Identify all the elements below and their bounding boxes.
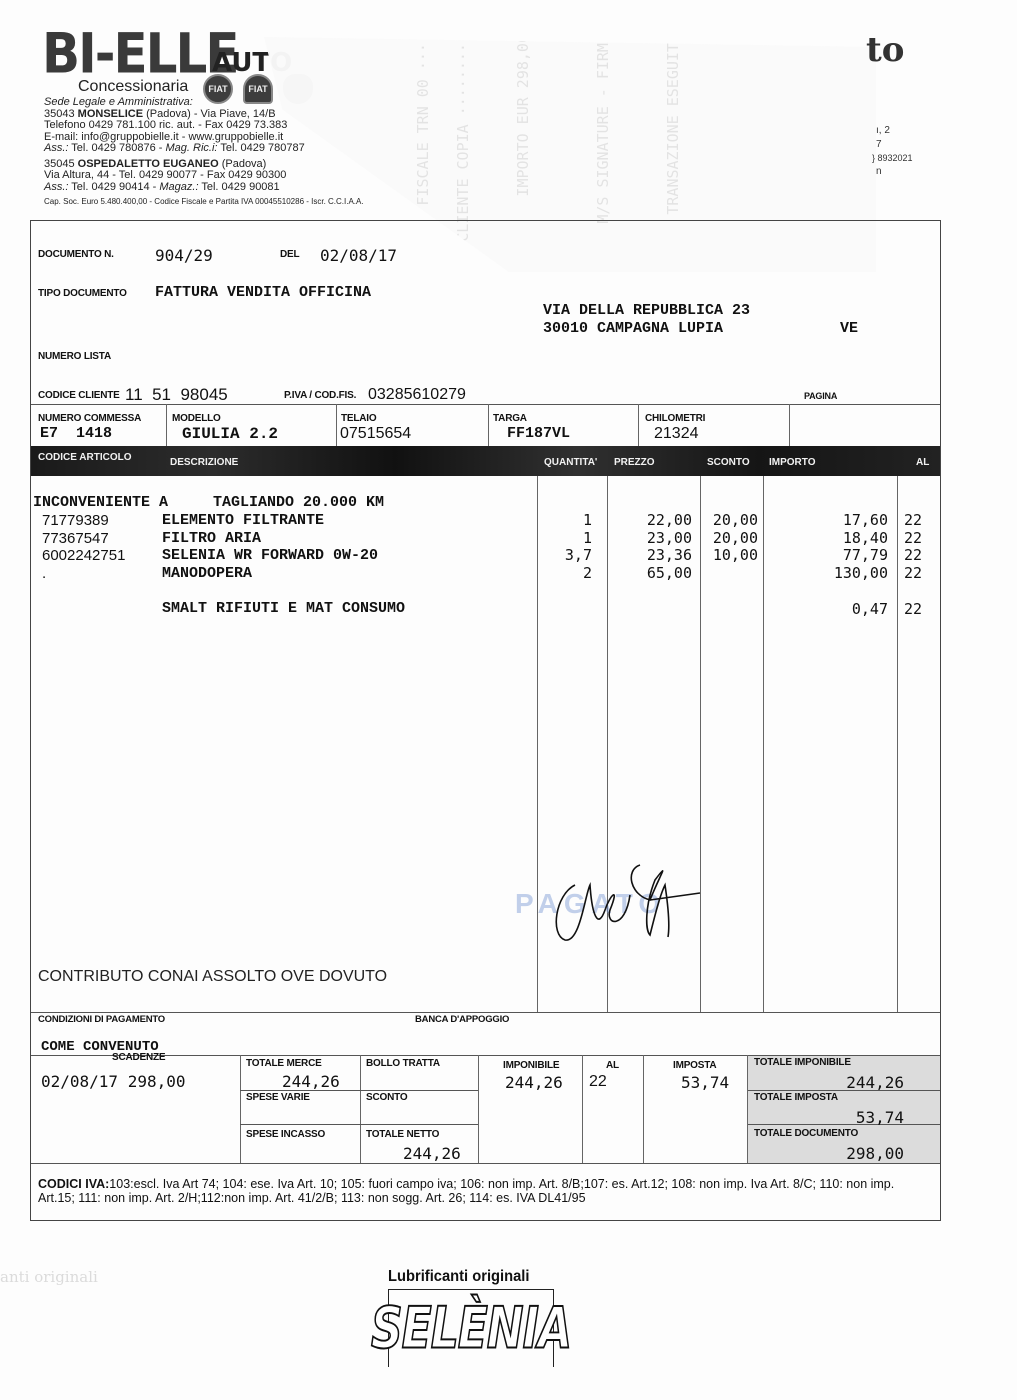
col-sconto: SCONTO [707,457,750,468]
divider [166,404,167,446]
item-descrizione: FILTRO ARIA [162,530,261,548]
modello-value: GIULIA 2.2 [182,425,278,443]
document-type-label: TIPO DOCUMENTO [38,288,127,299]
imposta: 53,74 [681,1073,729,1092]
document-number: 904/29 [155,246,213,265]
al-label: AL [606,1060,619,1071]
customer-code-label: CODICE CLIENTE [38,390,120,401]
due-dates-label: SCADENZE [112,1052,165,1063]
bollo-label: BOLLO TRATTA [366,1058,440,1069]
document-type: FATTURA VENDITA OFFICINA [155,284,371,301]
selenia-logo: SELÈNIA [388,1289,554,1367]
divider [31,1012,940,1013]
totale-imponibile-label: TOTALE IMPONIBILE [754,1057,851,1068]
divider [240,1124,478,1125]
divider [360,1055,361,1163]
km-value: 21324 [654,425,699,443]
divider [488,404,489,446]
ghost-footer-text: anti originali [0,1268,98,1286]
divider [336,404,337,446]
company-address: Sede Legale e Amministrativa: 35043 MONS… [44,97,305,193]
totale-imponibile: 244,26 [760,1073,904,1092]
item-al: 22 [904,512,922,530]
divider [478,1055,479,1163]
province: (Padova) [222,158,267,170]
page-label: PAGINA [804,391,837,401]
extra-row-description: SMALT RIFIUTI E MAT CONSUMO [162,600,405,617]
vat-codes-text: 103:escl. Iva Art 74; 104: ese. Iva Art.… [38,1177,894,1205]
item-quantita: 3,7 [540,547,592,565]
vat-number: 03285610279 [368,386,466,404]
extra-row-importo: 0,47 [765,600,888,618]
document-date-label: DEL [280,249,299,260]
item-prezzo: 23,00 [610,530,692,548]
totale-imposta: 53,74 [760,1108,904,1127]
item-quantita: 1 [540,512,592,530]
item-importo: 77,79 [765,547,888,565]
item-importo: 17,60 [765,512,888,530]
divider [537,476,538,1012]
cap: 35043 [44,108,75,120]
city: OSPEDALETTO EUGANEO [78,158,219,170]
vat-codes-note: CODICI IVA:103:escl. Iva Art 74; 104: es… [38,1177,933,1205]
totale-merce-label: TOTALE MERCE [246,1058,322,1069]
divider [789,404,790,446]
address-line-2: Telefono 0429 781.100 ric. aut. - Fax 04… [44,120,305,132]
city: MONSELICE [78,108,143,120]
ass-tel: Tel. 0429 780876 - [68,142,165,154]
totale-documento: 298,00 [760,1144,904,1163]
cap: 35045 [44,158,75,170]
commessa-label: NUMERO COMMESSA [38,413,141,424]
spese-incasso-label: SPESE INCASSO [246,1129,325,1140]
document-date: 02/08/17 [320,246,397,265]
targa-label: TARGA [493,413,527,424]
vat-number-label: P.IVA / COD.FIS. [284,390,356,401]
divider [240,1055,241,1163]
bank-label: BANCA D'APPOGGIO [415,1014,509,1025]
col-al: AL [916,457,929,468]
totale-documento-label: TOTALE DOCUMENTO [754,1128,858,1139]
numero-lista-label: NUMERO LISTA [38,351,111,362]
signature [550,855,740,945]
divider [31,404,940,405]
divider [638,404,639,446]
spese-varie-label: SPESE VARIE [246,1092,310,1103]
customer-province: VE [840,320,858,337]
item-prezzo: 23,36 [610,547,692,565]
totale-netto: 244,26 [403,1144,461,1163]
address-line-4: Ass.: Tel. 0429 780876 - Mag. Ric.i: Tel… [44,143,305,155]
magaz-tel: Tel. 0429 90081 [199,181,280,193]
col-codice: CODICE ARTICOLO [38,452,132,463]
item-descrizione: MANODOPERA [162,565,252,583]
col-prezzo: PREZZO [614,457,655,468]
divider [643,1055,644,1163]
lubrificanti-caption: Lubrificanti originali [388,1268,529,1286]
item-codice: 77367547 [42,530,109,548]
address-line-7: Ass.: Tel. 0429 90414 - Magaz.: Tel. 042… [44,182,305,194]
selenia-wordmark: SELÈNIA [371,1295,571,1361]
item-descrizione: ELEMENTO FILTRANTE [162,512,324,530]
conai-note: CONTRIBUTO CONAI ASSOLTO OVE DOVUTO [38,968,387,986]
totale-netto-label: TOTALE NETTO [366,1129,439,1140]
item-quantita: 1 [540,530,592,548]
divider [31,1163,940,1164]
ass-label: Ass.: [44,181,68,193]
fragment-line: ı, 2 [876,125,890,136]
fragment-line: n [876,166,882,177]
customer-address-line-1: VIA DELLA REPUBBLICA 23 [543,302,750,319]
al-value: 22 [589,1073,607,1091]
customer-code: 11 51 98045 [125,385,228,405]
sconto-label: SCONTO [366,1092,407,1103]
customer-address-line-2: 30010 CAMPAGNA LUPIA [543,320,723,337]
divider [582,1055,583,1163]
item-sconto: 20,00 [703,530,758,548]
item-importo: 130,00 [765,565,888,583]
overlapped-brand-fragment: to [866,30,904,70]
magaz-label: Magaz.: [159,181,198,193]
totale-merce: 244,26 [282,1072,340,1091]
telaio-label: TELAIO [341,413,376,424]
due-dates: 02/08/17 298,00 [41,1072,186,1091]
item-codice: . [42,565,46,583]
item-prezzo: 65,00 [610,565,692,583]
item-al: 22 [904,530,922,548]
divider [763,476,764,1012]
ass-label: Ass.: [44,142,68,154]
imponibile: 244,26 [505,1073,563,1092]
extra-row-al: 22 [904,600,922,618]
item-al: 22 [904,547,922,565]
document-number-label: DOCUMENTO N. [38,249,114,260]
divider [897,476,898,1012]
fragment-line: 7 [876,139,882,150]
totale-imposta-label: TOTALE IMPOSTA [754,1092,838,1103]
targa-value: FF187VL [507,425,570,442]
col-quantita: QUANTITA' [544,457,597,468]
imposta-label: IMPOSTA [673,1060,716,1071]
km-label: CHILOMETRI [645,413,705,424]
item-al: 22 [904,565,922,583]
telaio-value: 07515654 [340,425,411,443]
item-prezzo: 22,00 [610,512,692,530]
item-sconto: 10,00 [703,547,758,565]
item-descrizione: SELENIA WR FORWARD 0W-20 [162,547,378,565]
col-descrizione: DESCRIZIONE [170,457,238,468]
items-intro: INCONVENIENTE A TAGLIANDO 20.000 KM [33,494,384,511]
items-table-header: CODICE ARTICOLO DESCRIZIONE QUANTITA' PR… [31,446,940,476]
col-importo: IMPORTO [769,457,815,468]
company-legal-info: Cap. Soc. Euro 5.480.400,00 - Codice Fis… [44,197,364,206]
vat-codes-label: CODICI IVA: [38,1177,109,1191]
payment-conditions-label: CONDIZIONI DI PAGAMENTO [38,1014,165,1025]
item-importo: 18,40 [765,530,888,548]
mag-tel: Tel. 0429 780787 [217,142,304,154]
ass-tel: Tel. 0429 90414 - [68,181,159,193]
commessa-value: E7 1418 [40,425,112,442]
mag-label: Mag. Ric.i: [166,142,218,154]
address: (Padova) - Via Piave, 14/B [146,108,275,120]
item-codice: 6002242751 [42,547,125,565]
company-subtitle: Concessionaria [78,78,188,96]
modello-label: MODELLO [172,413,221,424]
item-sconto: 20,00 [703,512,758,530]
fragment-line: } 8932021 [872,153,913,163]
item-codice: 71779389 [42,512,109,530]
divider [240,1090,478,1091]
imponibile-label: IMPONIBILE [503,1060,559,1071]
item-quantita: 2 [540,565,592,583]
